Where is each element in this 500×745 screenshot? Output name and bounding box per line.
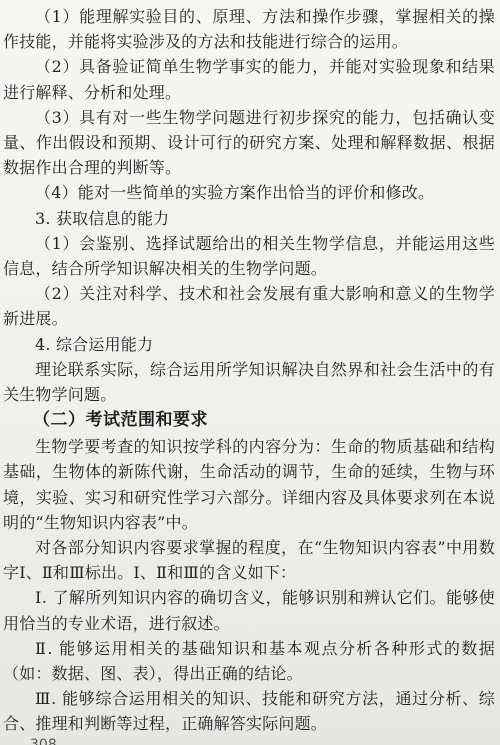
- section-4-title: 4. 综合运用能力: [3, 332, 495, 357]
- paragraph-level-3: Ⅲ. 能够综合运用相关的知识、技能和研究方法，通过分析、综合、推理和判断等过程，…: [3, 686, 495, 736]
- document-page: （1）能理解实验目的、原理、方法和操作步骤，掌握相关的操作技能，并能将实验涉及的…: [3, 4, 495, 737]
- paragraph-experiment-2: （2）具备验证简单生物学事实的能力，并能对实验现象和结果进行解释、分析和处理。: [3, 54, 495, 104]
- paragraph-experiment-4: （4）能对一些简单的实验方案作出恰当的评价和修改。: [3, 180, 495, 205]
- paragraph-experiment-3: （3）具有对一些生物学问题进行初步探究的能力，包括确认变量、作出假设和预期、设计…: [3, 105, 495, 181]
- paragraph-info-2: （2）关注对科学、技术和社会发展有重大影响和意义的生物学新进展。: [3, 281, 495, 331]
- paragraph-scope-intro: 生物学要考查的知识按学科的内容分为：生命的物质基础和结构基础，生物体的新陈代谢，…: [3, 434, 495, 535]
- paragraph-comprehensive: 理论联系实际，综合运用所学知识解决自然界和社会生活中的有关生物学问题。: [3, 357, 495, 407]
- page-number: 308: [30, 738, 57, 745]
- paragraph-info-1: （1）会鉴别、选择试题给出的相关生物学信息，并能运用这些信息，结合所学知识解决相…: [3, 231, 495, 281]
- paragraph-experiment-1: （1）能理解实验目的、原理、方法和操作步骤，掌握相关的操作技能，并能将实验涉及的…: [3, 4, 495, 54]
- section-3-title: 3. 获取信息的能力: [3, 206, 495, 231]
- paragraph-level-1: Ⅰ. 了解所列知识内容的确切含义，能够识别和辨认它们。能够使用恰当的专业术语，进…: [3, 585, 495, 635]
- paragraph-level-2: Ⅱ. 能够运用相关的基础知识和基本观点分析各种形式的数据（如：数据、图、表），得…: [3, 636, 495, 686]
- paragraph-levels-intro: 对各部分知识内容要求掌握的程度，在“生物知识内容表”中用数字Ⅰ、Ⅱ和Ⅲ标出。Ⅰ、…: [3, 535, 495, 585]
- section-heading-scope: （二）考试范围和要求: [3, 407, 495, 434]
